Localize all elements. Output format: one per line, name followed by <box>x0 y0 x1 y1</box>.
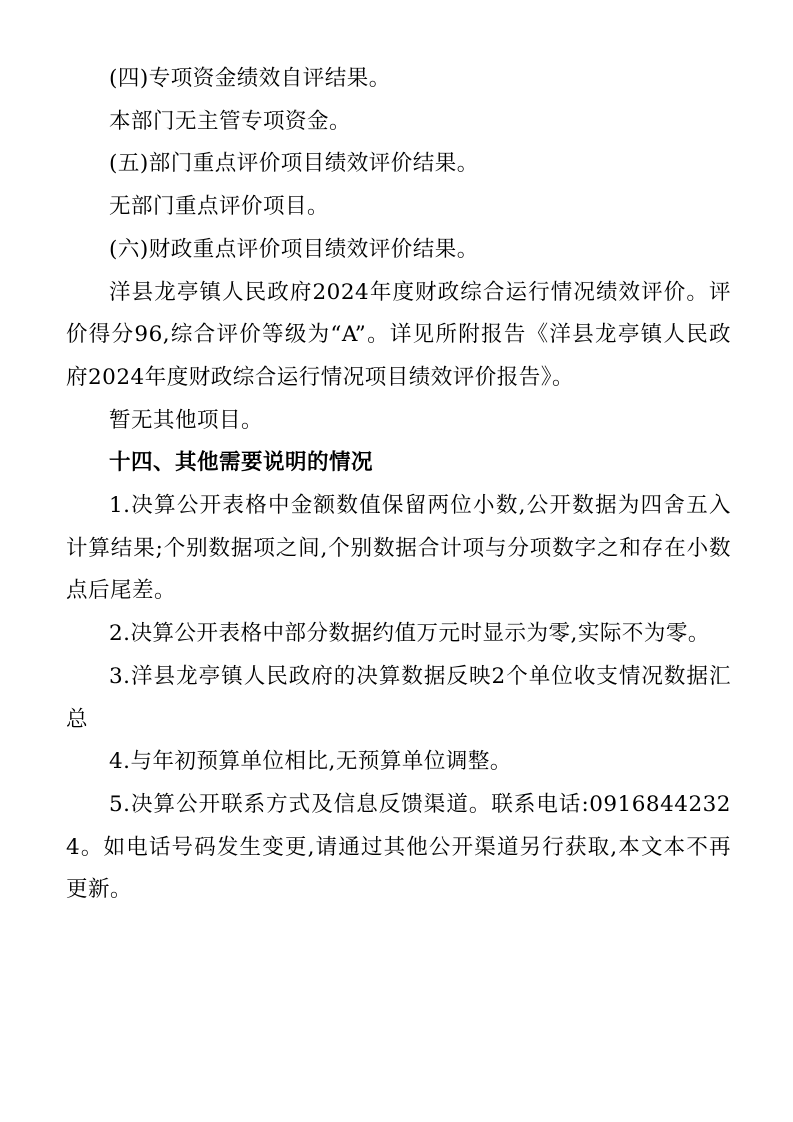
paragraph-no-other-projects: 暂无其他项目。 <box>66 400 731 443</box>
paragraph-special-funds-heading: (四)专项资金绩效自评结果。 <box>66 58 731 101</box>
paragraph-note-5: 5.决算公开联系方式及信息反馈渠道。联系电话:09168442324。如电话号码… <box>66 784 731 912</box>
paragraph-eval-result-detail: 洋县龙亭镇人民政府2024年度财政综合运行情况绩效评价。评价得分96,综合评价等… <box>66 272 731 400</box>
paragraph-no-dept-key-eval: 无部门重点评价项目。 <box>66 186 731 229</box>
paragraph-fiscal-key-eval-heading: (六)财政重点评价项目绩效评价结果。 <box>66 229 731 272</box>
paragraph-note-3: 3.洋县龙亭镇人民政府的决算数据反映2个单位收支情况数据汇总 <box>66 656 731 741</box>
section-heading-14: 十四、其他需要说明的情况 <box>66 442 731 485</box>
paragraph-note-1: 1.决算公开表格中金额数值保留两位小数,公开数据为四舍五入计算结果;个别数据项之… <box>66 485 731 613</box>
paragraph-dept-key-eval-heading: (五)部门重点评价项目绩效评价结果。 <box>66 143 731 186</box>
document-page: (四)专项资金绩效自评结果。 本部门无主管专项资金。 (五)部门重点评价项目绩效… <box>0 0 793 1122</box>
paragraph-note-2: 2.决算公开表格中部分数据约值万元时显示为零,实际不为零。 <box>66 613 731 656</box>
paragraph-no-special-funds: 本部门无主管专项资金。 <box>66 101 731 144</box>
paragraph-note-4: 4.与年初预算单位相比,无预算单位调整。 <box>66 741 731 784</box>
